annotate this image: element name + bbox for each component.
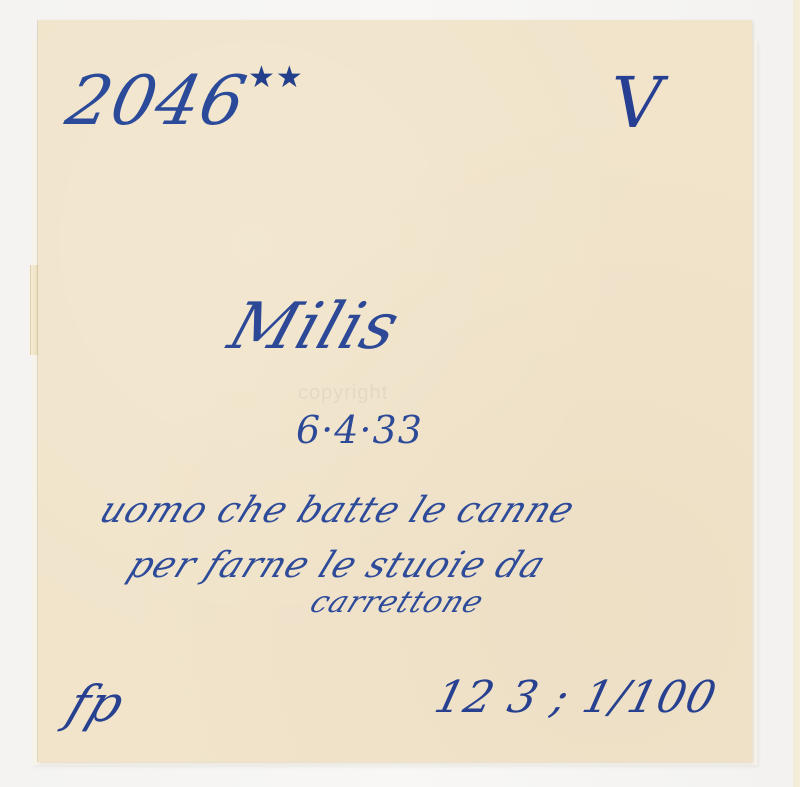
photo-reference: 12 3 ; 1/100 bbox=[430, 672, 722, 723]
category-mark: V bbox=[612, 62, 664, 144]
star-marks-icon: ★★ bbox=[248, 60, 304, 95]
description-line-1: uomo che batte le canne bbox=[94, 490, 582, 531]
copyright-watermark: copyright bbox=[298, 382, 388, 405]
date: 6·4·33 bbox=[296, 408, 423, 452]
serial-number: 2046 bbox=[60, 62, 254, 141]
photo-background: 2046 ★★ V Milis 6·4·33 copyright uomo ch… bbox=[0, 0, 800, 787]
place-name: Milis bbox=[220, 290, 409, 364]
description-line-2: per farne le stuoie da bbox=[122, 545, 552, 586]
description-line-3: carrettone bbox=[305, 585, 490, 620]
adjacent-sheet-edge bbox=[793, 0, 800, 787]
